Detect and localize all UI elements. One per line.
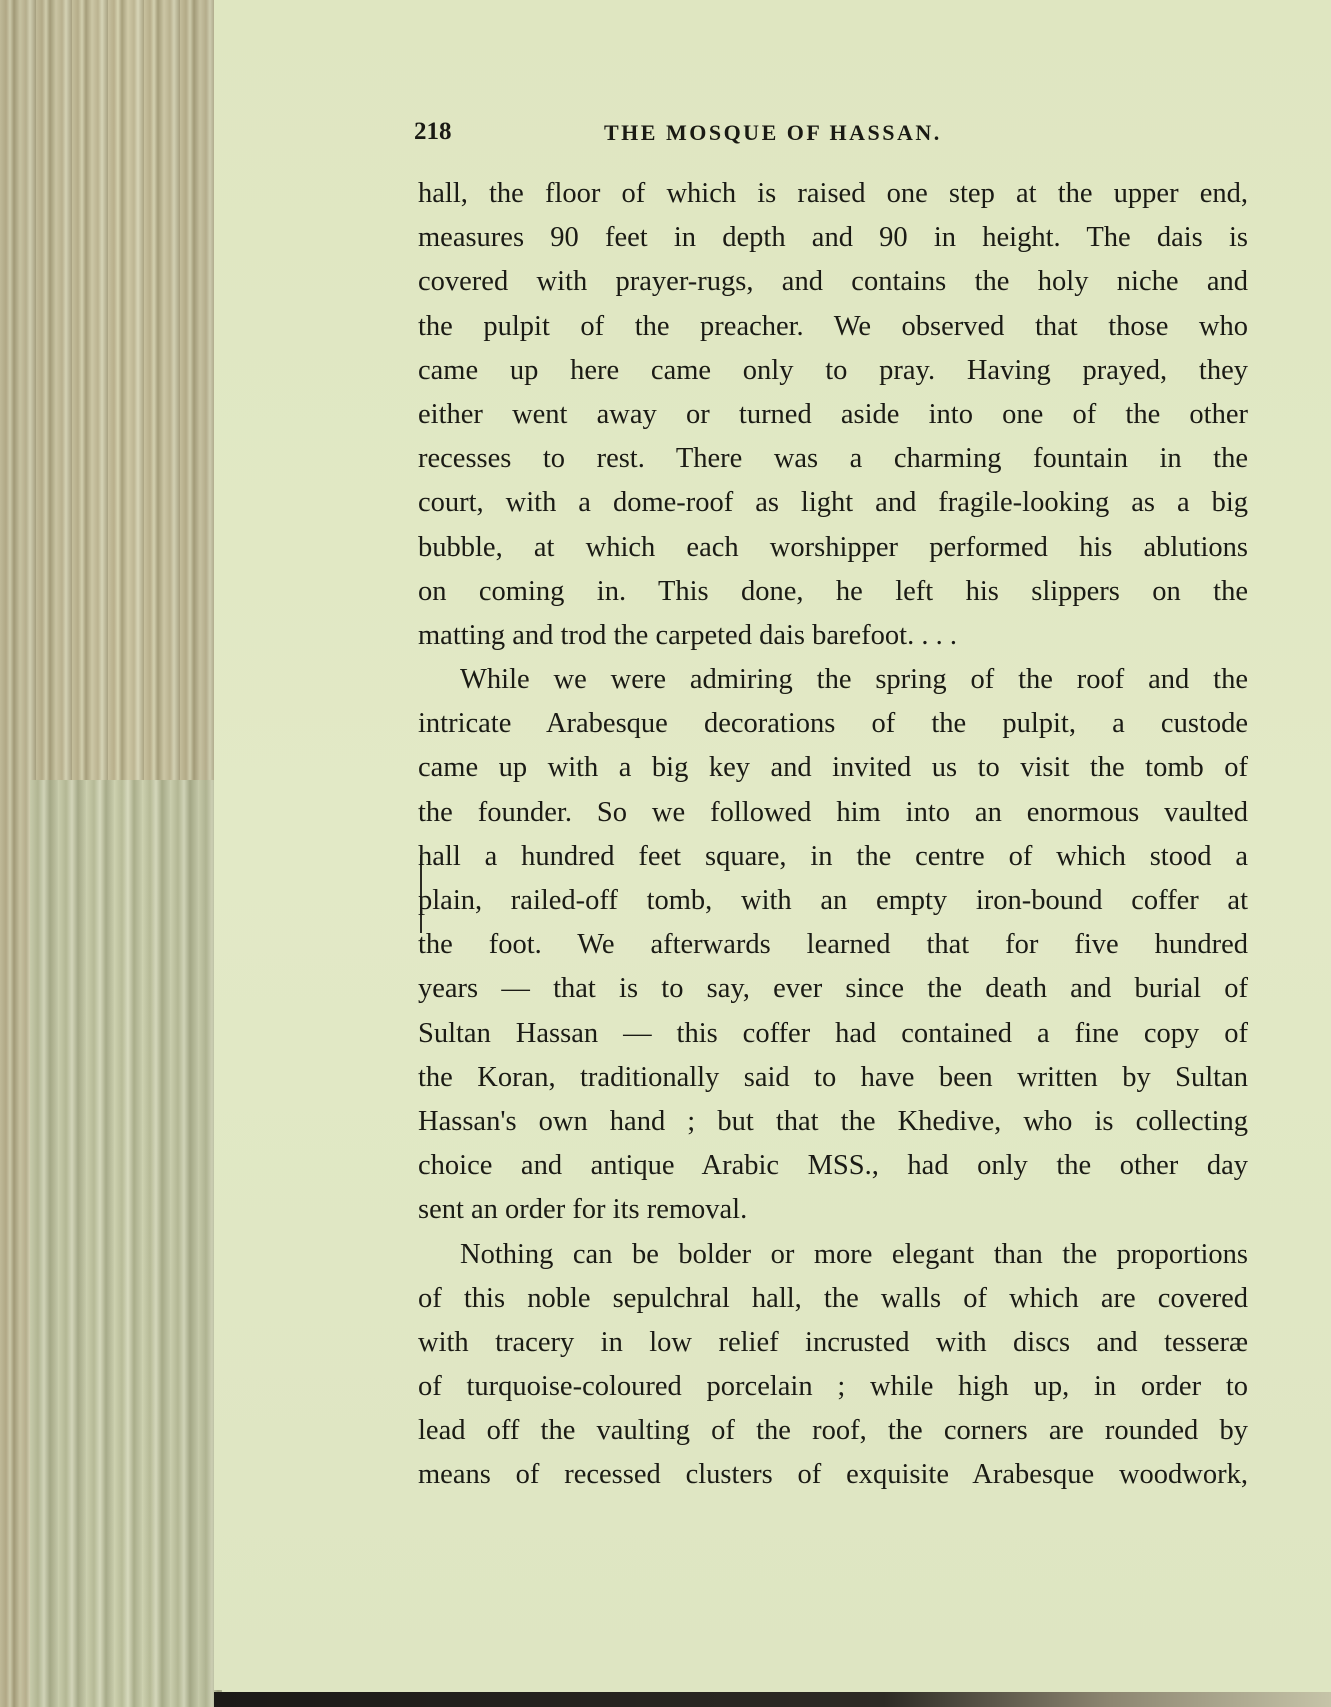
text-line: Sultan Hassan — this coffer had containe… xyxy=(418,1012,1248,1056)
page-edges-stack xyxy=(0,0,222,1707)
text-line: either went away or turned aside into on… xyxy=(418,393,1248,437)
text-line: plain, railed-off tomb, with an empty ir… xyxy=(418,879,1248,923)
text-line: came up with a big key and invited us to… xyxy=(418,746,1248,790)
paragraph-3: Nothing can be bolder or more elegant th… xyxy=(418,1233,1248,1498)
paragraph-2: While we were admiring the spring of the… xyxy=(418,658,1248,1232)
text-line: measures 90 feet in depth and 90 in heig… xyxy=(418,216,1248,260)
text-line: with tracery in low relief incrusted wit… xyxy=(418,1321,1248,1365)
text-line: hall, the floor of which is raised one s… xyxy=(418,172,1248,216)
text-line: the foot. We afterwards learned that for… xyxy=(418,923,1248,967)
text-line: the founder. So we followed him into an … xyxy=(418,791,1248,835)
body-text: hall, the floor of which is raised one s… xyxy=(418,172,1248,1498)
chapter-title: THE MOSQUE OF HASSAN. xyxy=(604,120,942,146)
text-line: covered with prayer-rugs, and contains t… xyxy=(418,260,1248,304)
text-line: matting and trod the carpeted dais baref… xyxy=(418,614,1248,658)
page-number: 218 xyxy=(414,118,452,146)
text-line: sent an order for its removal. xyxy=(418,1188,1248,1232)
text-line: on coming in. This done, he left his sli… xyxy=(418,570,1248,614)
text-line: the Koran, traditionally said to have be… xyxy=(418,1056,1248,1100)
page-bottom-edge xyxy=(214,1692,1331,1707)
text-line: intricate Arabesque decorations of the p… xyxy=(418,702,1248,746)
text-line: came up here came only to pray. Having p… xyxy=(418,349,1248,393)
text-line: of this noble sepulchral hall, the walls… xyxy=(418,1277,1248,1321)
text-line: court, with a dome-roof as light and fra… xyxy=(418,481,1248,525)
running-head: 218 THE MOSQUE OF HASSAN. xyxy=(414,118,1064,154)
text-line: choice and antique Arabic MSS., had only… xyxy=(418,1144,1248,1188)
text-line: hall a hundred feet square, in the centr… xyxy=(418,835,1248,879)
text-line: years — that is to say, ever since the d… xyxy=(418,967,1248,1011)
page-edges-lower xyxy=(30,780,222,1707)
text-line: Nothing can be bolder or more elegant th… xyxy=(418,1233,1248,1277)
text-line: lead off the vaulting of the roof, the c… xyxy=(418,1409,1248,1453)
text-line: While we were admiring the spring of the… xyxy=(418,658,1248,702)
text-line: means of recessed clusters of exquisite … xyxy=(418,1453,1248,1497)
text-line: Hassan's own hand ; but that the Khedive… xyxy=(418,1100,1248,1144)
text-line: recesses to rest. There was a charming f… xyxy=(418,437,1248,481)
text-line: the pulpit of the preacher. We observed … xyxy=(418,305,1248,349)
text-line: of turquoise-coloured porcelain ; while … xyxy=(418,1365,1248,1409)
paragraph-1: hall, the floor of which is raised one s… xyxy=(418,172,1248,658)
text-line: bubble, at which each worshipper perform… xyxy=(418,526,1248,570)
